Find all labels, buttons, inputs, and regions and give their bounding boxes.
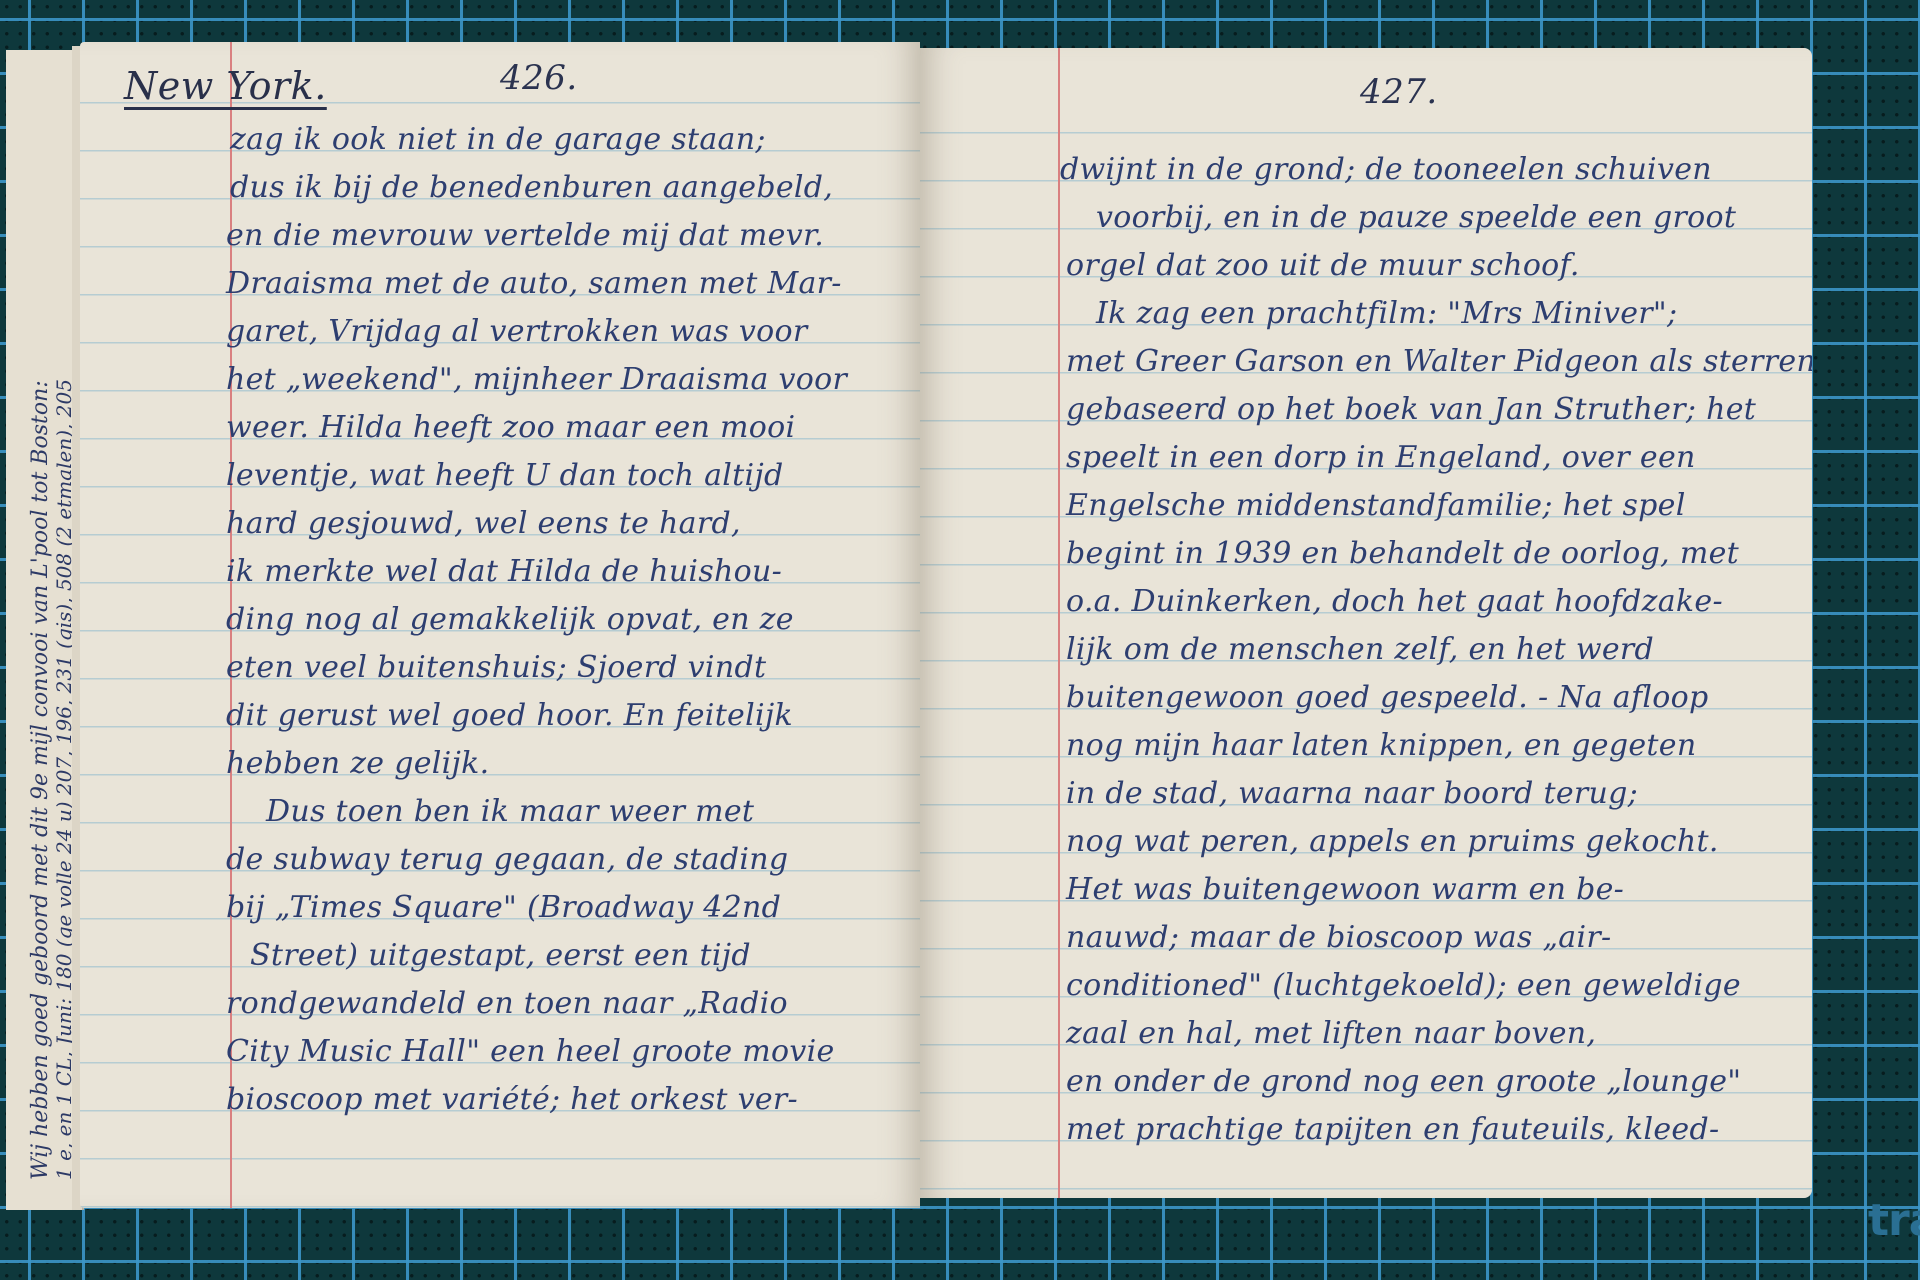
- text-line: hebben ze gelijk.: [226, 746, 489, 781]
- text-segment: zaal en hal, met: [1066, 1016, 1322, 1051]
- page-number: 426.: [500, 58, 578, 98]
- watermark-logo: tra: [1868, 1195, 1920, 1246]
- text-line: City Music Hall" een heel groote movie: [226, 1034, 835, 1069]
- text-line: Draaisma met de auto, samen met Mar-: [226, 266, 842, 301]
- page-stack: Wij hebben goed geboord met dit 9e mijl …: [6, 50, 74, 1210]
- text-line: Engelsche middenstandfamilie; het spel: [1066, 488, 1686, 523]
- text-line: nog wat peren, appels en pruims gekocht.: [1066, 824, 1719, 859]
- text-line: Het was buitengewoon warm en be-: [1066, 872, 1624, 907]
- text-line: Ik zag een prachtfilm: "Mrs Miniver";: [1096, 296, 1677, 331]
- text-line: met Greer Garson en Walter Pidgeon als s…: [1066, 344, 1812, 379]
- text-line: eten veel buitenshuis; Sjoerd vindt: [226, 650, 766, 685]
- margin-note: Wij hebben goed geboord met dit 9e mijl …: [6, 50, 76, 1180]
- text-line: buitengewoon goed gespeeld. - Na afloop: [1066, 680, 1709, 715]
- text-line: met prachtige tapijten en fauteuils, kle…: [1066, 1112, 1719, 1147]
- text-line: conditioned" (luchtgekoeld); een geweldi…: [1066, 968, 1741, 1003]
- text-line: ding nog al gemakkelijk opvat, en ze: [226, 602, 794, 637]
- text-line: in de stad, waarna naar boord terug;: [1066, 776, 1638, 811]
- text-line: bioscoop met variété; het orkest ver-: [226, 1082, 798, 1117]
- text-line: de subway terug gegaan, de stading: [226, 842, 788, 877]
- text-line: speelt in een dorp in Engeland, over een: [1066, 440, 1696, 475]
- text-line: dit gerust wel goed hoor. En feitelijk: [226, 698, 793, 733]
- text-line: zag ik ook niet in de garage staan;: [230, 122, 766, 157]
- text-line: gebaseerd op het boek van Jan Struther; …: [1066, 392, 1756, 427]
- left-page: New York. 426. zag ik ook niet in de gar…: [80, 42, 920, 1208]
- text-line: nog mijn haar laten knippen, en gegeten: [1066, 728, 1696, 763]
- text-segment: liften naar boven,: [1322, 1016, 1596, 1051]
- right-page: 427. dwijnt in de grond; de tooneelen sc…: [920, 48, 1812, 1198]
- text-line: en onder de grond nog een groote „lounge…: [1066, 1064, 1741, 1099]
- margin-note-line-1: Wij hebben goed geboord met dit 9e mijl …: [28, 380, 53, 1180]
- margin-line: [1058, 48, 1060, 1198]
- text-line: dwijnt in de grond; de tooneelen schuive…: [1060, 152, 1712, 187]
- text-line: o.a. Duinkerken, doch het gaat hoofdzake…: [1066, 584, 1723, 619]
- text-line: zaal en hal, met liften liften naar bove…: [1066, 1016, 1596, 1051]
- text-line: orgel dat zoo uit de muur schoof.: [1066, 248, 1580, 283]
- text-line: ik merkte wel dat Hilda de huishou-: [226, 554, 782, 589]
- text-line: garet, Vrijdag al vertrokken was voor: [226, 314, 808, 349]
- text-line: nauwd; maar de bioscoop was „air-: [1066, 920, 1611, 955]
- text-line: hard gesjouwd, wel eens te hard,: [226, 506, 741, 541]
- text-line: Street) uitgestapt, eerst een tijd: [250, 938, 751, 973]
- text-line: bij „Times Square" (Broadway 42nd: [226, 890, 781, 925]
- text-line: voorbij, en in de pauze speelde een groo…: [1096, 200, 1736, 235]
- text-line: en die mevrouw vertelde mij dat mevr.: [226, 218, 824, 253]
- text-line: weer. Hilda heeft zoo maar een mooi: [226, 410, 795, 445]
- text-line: het „weekend", mijnheer Draaisma voor: [226, 362, 847, 397]
- page-number: 427.: [1360, 72, 1438, 112]
- text-line: leventje, wat heeft U dan toch altijd: [226, 458, 784, 493]
- text-line: begint in 1939 en behandelt de oorlog, m…: [1066, 536, 1739, 571]
- page-heading: New York.: [124, 64, 327, 108]
- text-line: rondgewandeld en toen naar „Radio: [226, 986, 788, 1021]
- text-line: lijk om de menschen zelf, en het werd: [1066, 632, 1654, 667]
- text-line: dus ik bij de benedenburen aangebeld,: [230, 170, 833, 205]
- text-line: Dus toen ben ik maar weer met: [266, 794, 754, 829]
